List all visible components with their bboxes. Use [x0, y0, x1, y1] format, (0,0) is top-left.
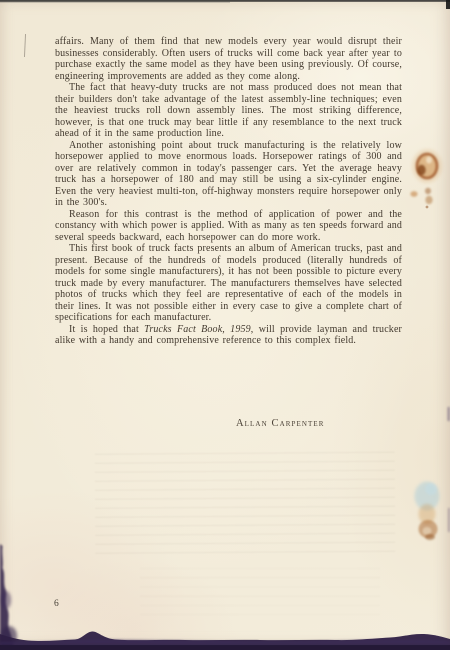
reverse-page-showthrough: [140, 560, 380, 620]
page-edge-left: [0, 544, 14, 650]
paragraph: Another astonishing point about truck ma…: [55, 140, 402, 209]
page-edge-corner-mark: [446, 0, 450, 9]
closing-text-before: It is hoped that: [69, 324, 144, 335]
page-edge-bottom: [0, 631, 450, 650]
book-page: affairs. Many of them find that new mode…: [0, 0, 450, 650]
paragraph: affairs. Many of them find that new mode…: [55, 36, 402, 82]
rust-stain: [410, 149, 442, 208]
paragraph: Reason for this contrast is the method o…: [55, 209, 402, 244]
paragraph: This first book of truck facts presents …: [55, 243, 402, 324]
book-title-italic: Trucks Fact Book, 1959: [144, 324, 251, 335]
paragraph: The fact that heavy-duty trucks are not …: [55, 82, 402, 140]
page-number: 6: [54, 599, 59, 609]
body-text: affairs. Many of them find that new mode…: [55, 36, 402, 347]
author-signature: Allan Carpenter: [236, 418, 325, 429]
pen-mark: [25, 34, 26, 57]
closing-paragraph: It is hoped that Trucks Fact Book, 1959,…: [55, 324, 402, 347]
ink-water-stain: [415, 482, 440, 541]
page-edge-top: [0, 0, 450, 2]
reverse-page-showthrough: [95, 444, 396, 561]
